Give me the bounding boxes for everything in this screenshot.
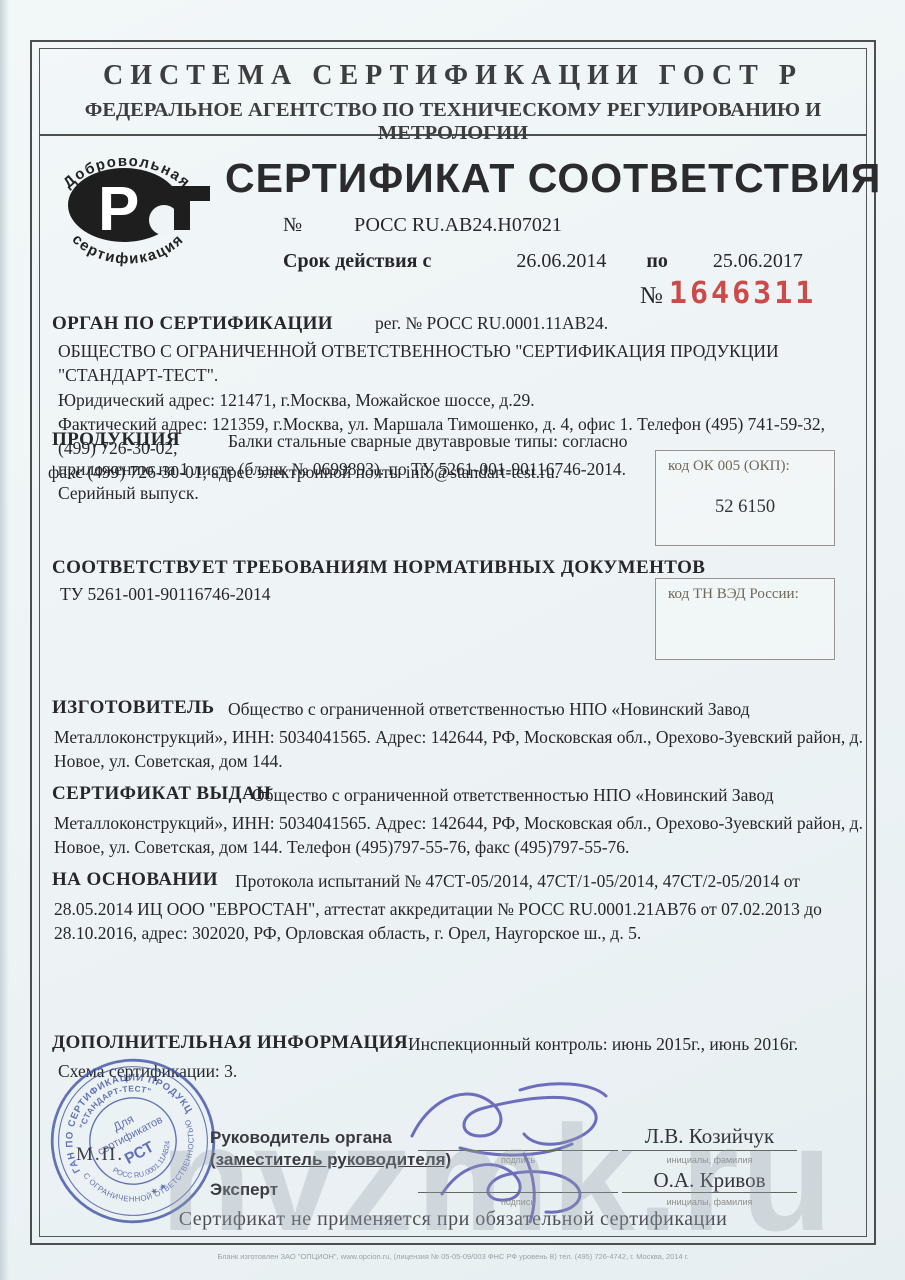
expert-signature-line [418, 1192, 618, 1193]
blank-fine-print: Бланк изготовлен ЗАО "ОПЦИОН", www.opcio… [39, 1252, 867, 1261]
compliance-heading: СООТВЕТСТВУЕТ ТРЕБОВАНИЯМ НОРМАТИВНЫХ ДО… [52, 557, 705, 579]
head-name-line [622, 1150, 797, 1151]
head-name: Л.В. Козийчук [622, 1124, 797, 1149]
okp-label: код ОК 005 (ОКП): [668, 458, 834, 475]
system-title: СИСТЕМА СЕРТИФИКАЦИИ ГОСТ Р [39, 60, 867, 92]
certificate-number: РОСС RU.АВ24.Н07021 [354, 214, 562, 236]
manufacturer-heading: ИЗГОТОВИТЕЛЬ [52, 697, 214, 719]
po-label: по [646, 250, 668, 272]
issued-heading: СЕРТИФИКАТ ВЫДАН [52, 783, 271, 805]
document-title: СЕРТИФИКАТ СООТВЕТСТВИЯ [225, 155, 881, 202]
organ-reg-number: рег. № РОСС RU.0001.11АВ24. [375, 313, 608, 333]
sign-label: подпись [418, 1197, 618, 1207]
expert-name-line [622, 1192, 797, 1193]
tnved-code-box: код ТН ВЭД России: [655, 578, 835, 660]
expert-name: О.А. Кривов [622, 1168, 797, 1193]
certificate-number-row: №РОСС RU.АВ24.Н07021 [283, 214, 562, 237]
blank-number-row: № 1646311 [640, 276, 816, 311]
blank-no-label: № [640, 283, 663, 309]
rst-voluntary-logo: Добровольная сертификация Р [40, 136, 216, 278]
tnved-label: код ТН ВЭД России: [668, 586, 834, 603]
text-line: 28.05.2014 ИЦ ООО "ЕВРОСТАН", аттестат а… [54, 897, 869, 921]
date-from: 26.06.2014 [516, 250, 606, 272]
footer-notice: Сертификат не применяется при обязательн… [39, 1208, 867, 1231]
certificate-page: СИСТЕМА СЕРТИФИКАЦИИ ГОСТ Р ФЕДЕРАЛЬНОЕ … [0, 0, 905, 1280]
date-to: 25.06.2017 [713, 250, 803, 272]
manufacturer-text: Металлоконструкций», ИНН: 5034041565. Ад… [54, 725, 869, 774]
text-line: приложению на 1 листе (бланк № 0699893).… [58, 457, 648, 481]
okp-value: 52 6150 [656, 497, 834, 518]
basis-heading: НА ОСНОВАНИИ [52, 869, 218, 891]
issued-text: Металлоконструкций», ИНН: 5034041565. Ад… [54, 811, 869, 860]
expert-role: Эксперт [210, 1180, 278, 1200]
name-label: инициалы, фамилия [622, 1155, 797, 1165]
text-line: Новое, ул. Советская, дом 144. Телефон (… [54, 835, 869, 859]
manufacturer-first-line: Общество с ограниченной ответственностью… [228, 699, 750, 720]
text-line: Юридический адрес: 121471, г.Москва, Мож… [48, 388, 863, 412]
production-first-line: Балки стальные сварные двутавровые типы:… [228, 431, 628, 452]
validity-row: Срок действия с26.06.2014по25.06.2017 [283, 250, 803, 273]
scan-edge-shadow [0, 0, 9, 1280]
mp-seal-label: М.П. [76, 1144, 124, 1166]
text-line: 28.10.2016, адрес: 302020, РФ, Орловская… [54, 921, 869, 945]
name-label: инициалы, фамилия [622, 1197, 797, 1207]
text-line: ОБЩЕСТВО С ОГРАНИЧЕННОЙ ОТВЕТСТВЕННОСТЬЮ… [48, 339, 863, 388]
organ-heading: ОРГАН ПО СЕРТИФИКАЦИИ [52, 313, 333, 334]
compliance-text: ТУ 5261-001-90116746-2014 [60, 584, 271, 605]
additional-first-line: Инспекционный контроль: июнь 2015г., июн… [408, 1034, 798, 1055]
okp-code-box: код ОК 005 (ОКП): 52 6150 [655, 450, 835, 546]
text-line: Металлоконструкций», ИНН: 5034041565. Ад… [54, 811, 869, 835]
head-role-line1: Руководитель органа [210, 1128, 392, 1148]
basis-first-line: Протокола испытаний № 47СТ-05/2014, 47СТ… [235, 871, 800, 892]
text-line: Металлоконструкций», ИНН: 5034041565. Ад… [54, 725, 869, 749]
production-text: приложению на 1 листе (бланк № 0699893).… [58, 457, 648, 506]
from-label: с [422, 250, 431, 272]
rst-mark-letter: Р [98, 175, 139, 244]
production-heading: ПРОДУКЦИЯ [52, 429, 180, 451]
organ-heading-row: ОРГАН ПО СЕРТИФИКАЦИИ рег. № РОСС RU.000… [52, 313, 608, 335]
issued-first-line: Общество с ограниченной ответственностью… [252, 785, 774, 806]
text-line: Серийный выпуск. [58, 481, 648, 505]
blank-serial-number: 1646311 [669, 276, 816, 311]
validity-label: Срок действия [283, 250, 417, 272]
text-line: Новое, ул. Советская, дом 144. [54, 749, 869, 773]
basis-text: 28.05.2014 ИЦ ООО "ЕВРОСТАН", аттестат а… [54, 897, 869, 946]
no-label: № [283, 214, 302, 236]
